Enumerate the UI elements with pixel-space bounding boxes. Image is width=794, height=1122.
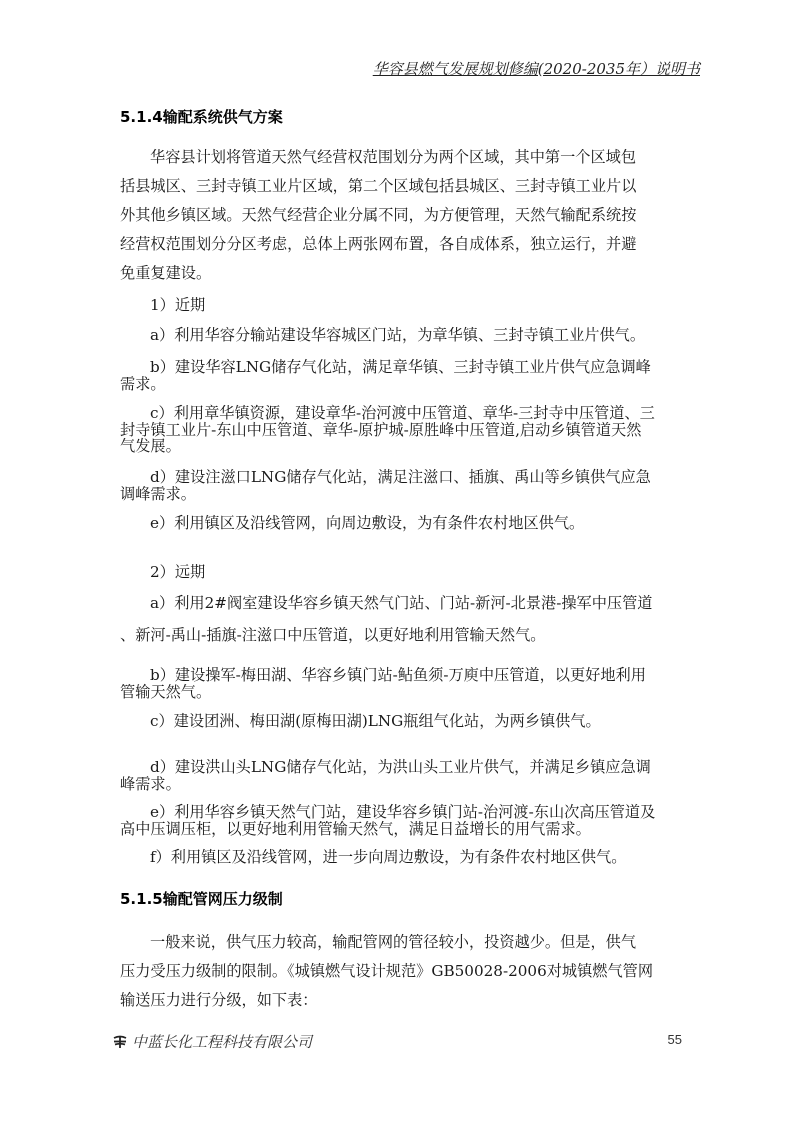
- text-line: 经营权范围划分分区考虑，总体上两张网布置，各自成体系，独立运行，并避: [120, 230, 678, 259]
- long-term-item-c: c）建设团洲、梅田湖(原梅田湖)LNG瓶组气化站，为两乡镇供气。: [120, 713, 678, 730]
- long-term-item-b: b）建设操军-梅田湖、华容乡镇门站-鲇鱼须-万庾中压管道，以更好地利用 管输天然…: [120, 667, 678, 700]
- long-term-item-d: d）建设洪山头LNG储存气化站，为洪山头工业片供气，并满足乡镇应急调 峰需求。: [120, 759, 678, 792]
- section-heading-5-1-4: 5.1.4输配系统供气方案: [120, 106, 283, 127]
- section-heading-5-1-5: 5.1.5输配管网压力级制: [120, 888, 283, 909]
- company-logo-icon: [112, 1035, 128, 1049]
- text-line: 华容县计划将管道天然气经营权范围划分为两个区域，其中第一个区域包: [120, 143, 678, 172]
- long-term-item-a: a）利用2#阀室建设华容乡镇天然气门站、门站-新河-北景港-操军中压管道 、新河…: [120, 594, 678, 644]
- company-name: 中蓝长化工程科技有限公司: [132, 1031, 312, 1052]
- intro-paragraph: 华容县计划将管道天然气经营权范围划分为两个区域，其中第一个区域包 括县城区、三封…: [120, 143, 678, 288]
- pressure-paragraph: 一般来说，供气压力较高，输配管网的管径较小，投资越少。但是，供气 压力受压力级制…: [120, 928, 678, 1015]
- near-term-item-b: b）建设华容LNG储存气化站，满足章华镇、三封寺镇工业片供气应急调峰 需求。: [120, 359, 678, 392]
- document-header-title: 华容县燃气发展规划修编(2020-2035年）说明书: [373, 58, 700, 79]
- text-line: 压力受压力级制的限制。《城镇燃气设计规范》GB50028-2006对城镇燃气管网: [120, 957, 678, 986]
- document-footer: 中蓝长化工程科技有限公司: [112, 1031, 312, 1052]
- near-term-item-c: c）利用章华镇资源，建设章华-治河渡中压管道、章华-三封寺中压管道、三 封寺镇工…: [120, 405, 678, 455]
- text-line: 括县城区、三封寺镇工业片区域，第二个区域包括县城区、三封寺镇工业片以: [120, 172, 678, 201]
- page-number: 55: [668, 1032, 682, 1047]
- long-term-label: 2）远期: [120, 563, 678, 581]
- near-term-item-a: a）利用华容分输站建设华容城区门站，为章华镇、三封寺镇工业片供气。: [120, 327, 678, 344]
- long-term-item-e: e）利用华容乡镇天然气门站，建设华容乡镇门站-治河渡-东山次高压管道及 高中压调…: [120, 804, 678, 837]
- text-line: 免重复建设。: [120, 259, 678, 288]
- near-term-label: 1）近期: [120, 296, 678, 314]
- text-line: 输送压力进行分级，如下表：: [120, 986, 678, 1015]
- text-line: 外其他乡镇区域。天然气经营企业分属不同，为方便管理，天然气输配系统按: [120, 201, 678, 230]
- near-term-item-e: e）利用镇区及沿线管网，向周边敷设，为有条件农村地区供气。: [120, 515, 678, 532]
- near-term-item-d: d）建设注滋口LNG储存气化站，满足注滋口、插旗、禹山等乡镇供气应急 调峰需求。: [120, 469, 678, 502]
- long-term-item-f: f）利用镇区及沿线管网，进一步向周边敷设，为有条件农村地区供气。: [120, 849, 678, 866]
